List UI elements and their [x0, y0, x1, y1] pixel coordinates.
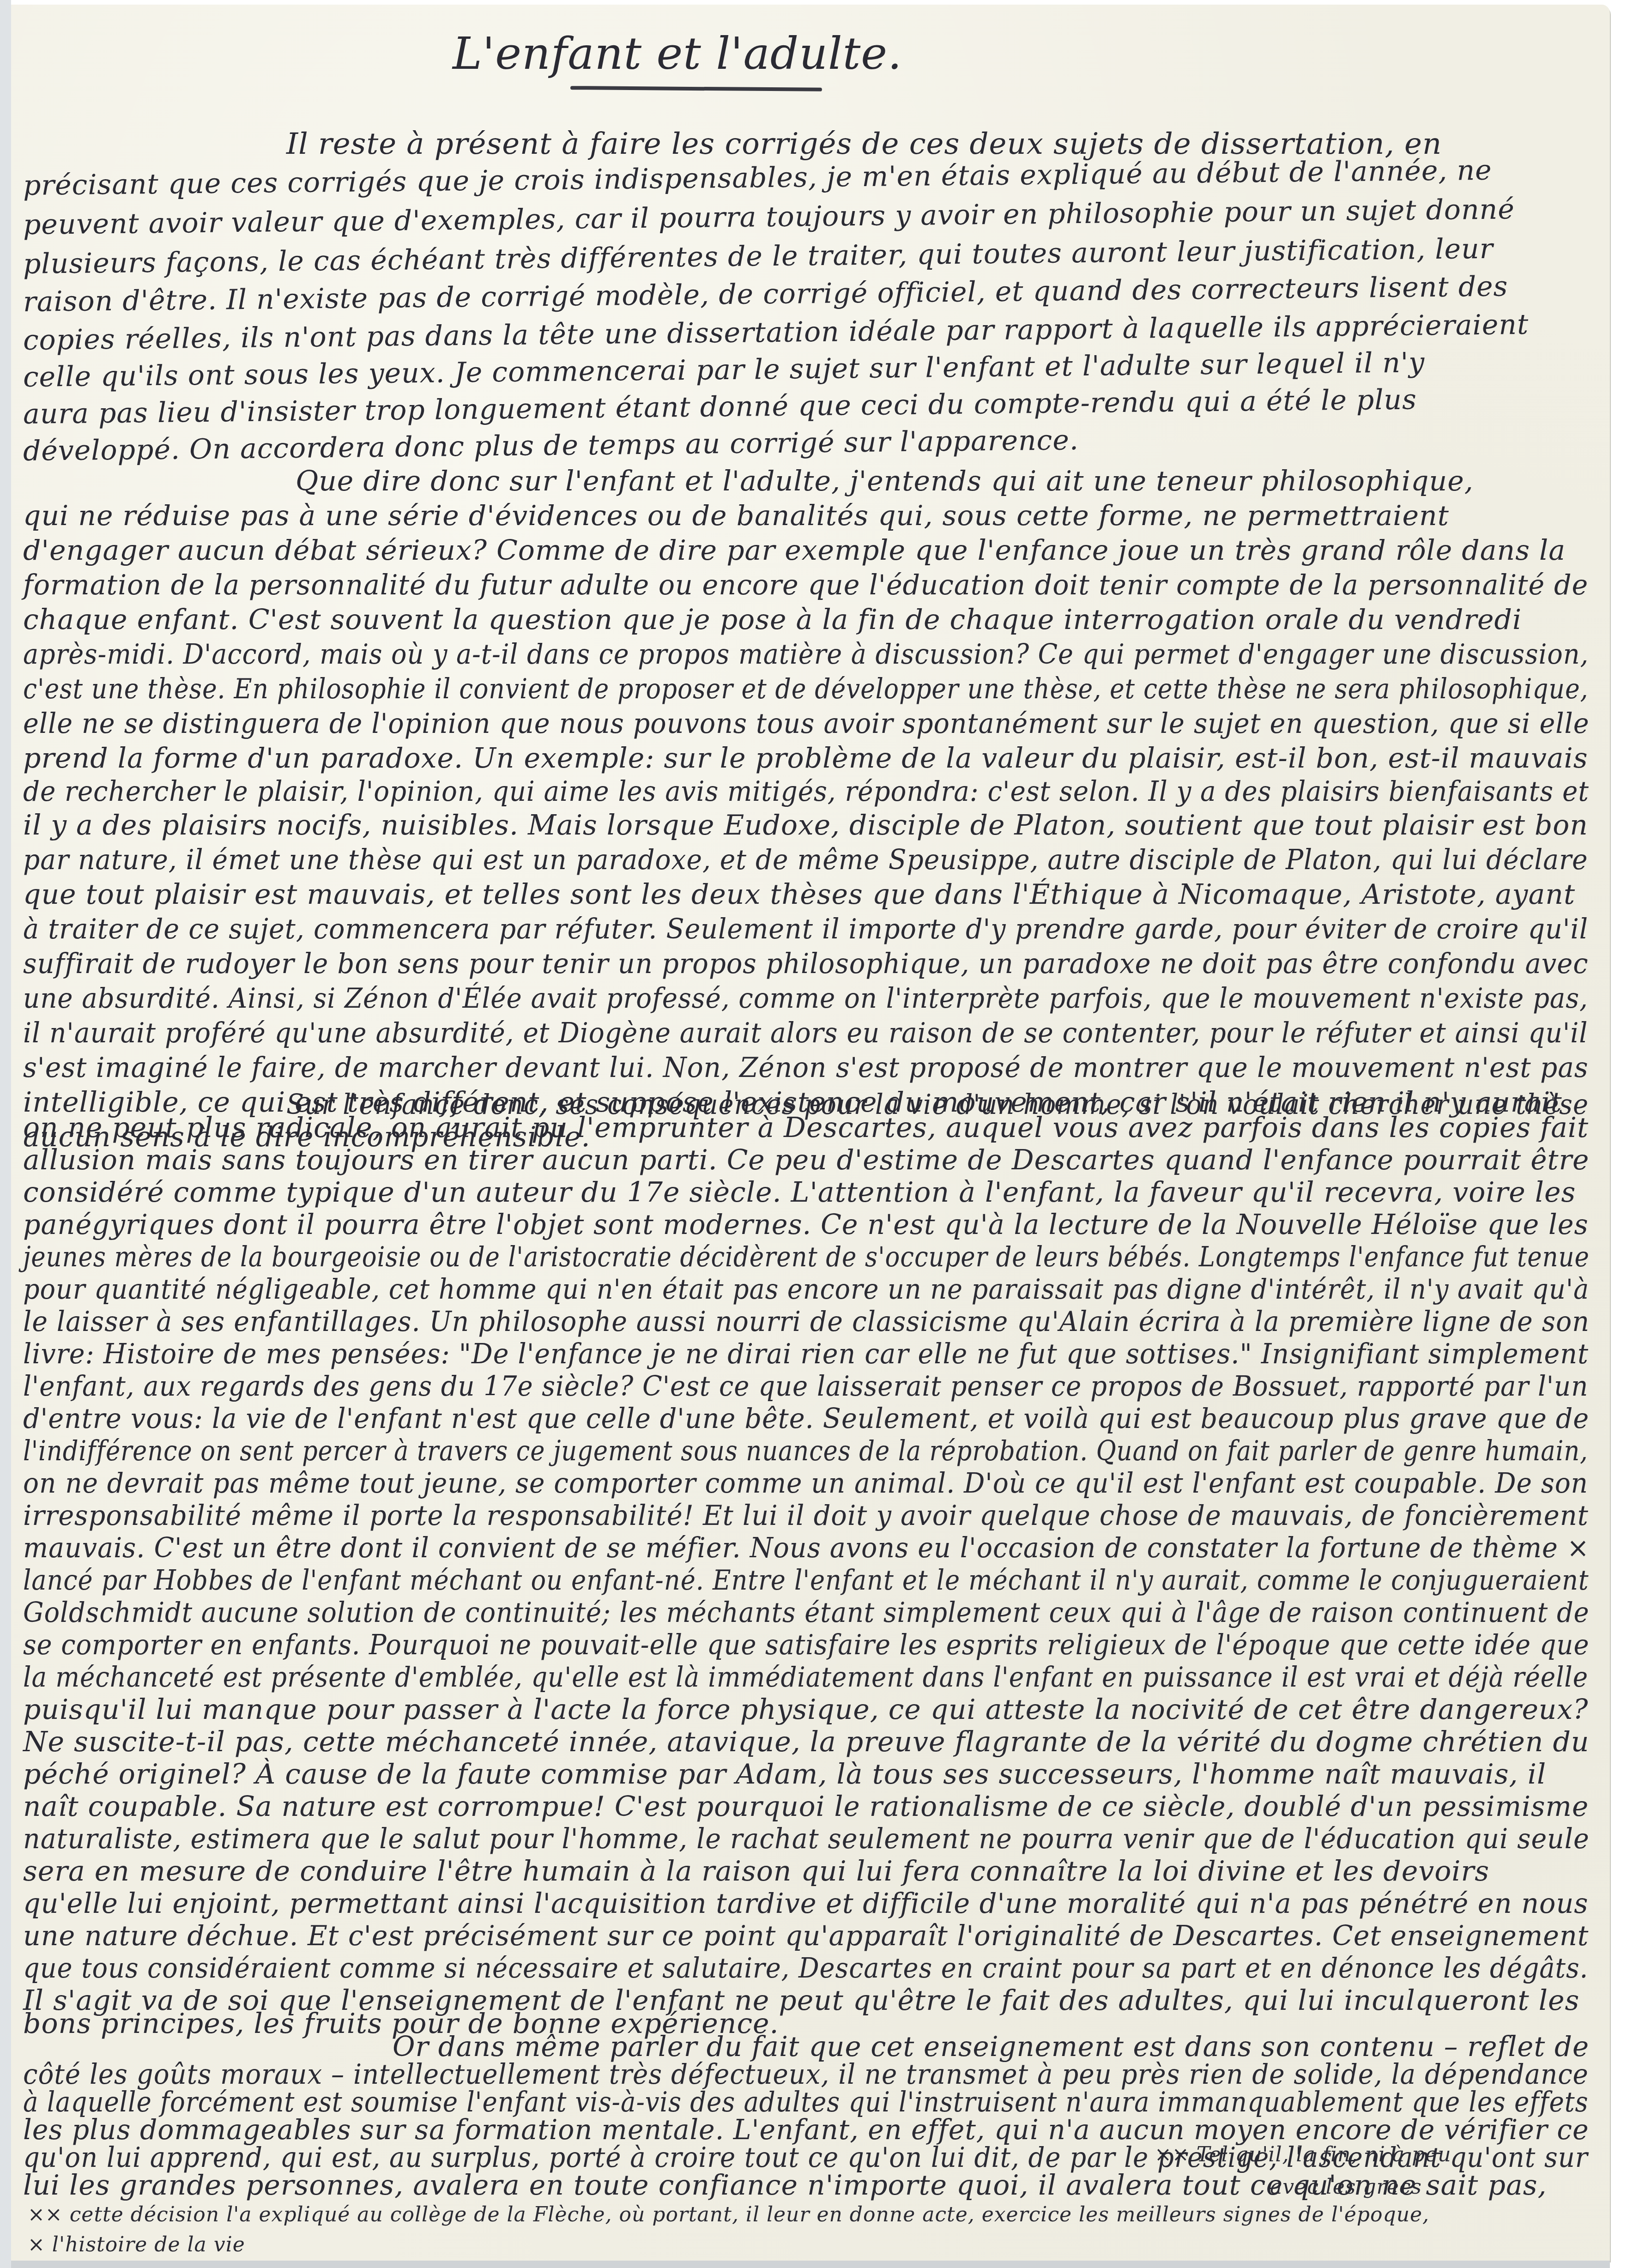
text-line: il y a des plaisirs nocifs, nuisibles. M… [23, 806, 1588, 845]
text-line: chaque enfant. C'est souvent la question… [23, 600, 1522, 639]
text-line: qui ne réduise pas à une série d'évidenc… [23, 496, 1449, 535]
text-line: de rechercher le plaisir, l'opinion, qui… [23, 772, 1589, 811]
scanner-edge [0, 0, 11, 2268]
text-line: Que dire donc sur l'enfant et l'adulte, … [296, 462, 1474, 501]
text-line: à traiter de ce sujet, commencera par ré… [23, 910, 1588, 949]
text-line: elle ne se distinguera de l'opinion que … [23, 704, 1589, 743]
text-line: après-midi. D'accord, mais où y a-t-il d… [23, 635, 1589, 674]
footnote-line: ×× cette décision l'a expliqué au collèg… [28, 2203, 1429, 2226]
text-line: par nature, il émet une thèse qui est un… [23, 841, 1588, 879]
footnote-line: ×× Tel qu'il, la fin, ni à peu [1155, 2143, 1451, 2166]
text-line: formation de la personnalité du futur ad… [23, 566, 1588, 605]
text-line: s'est imaginé le faire, de marcher devan… [23, 1048, 1589, 1087]
scanner-edge-bottom [11, 2261, 1610, 2268]
footnote-line: × l'histoire de la vie [28, 2233, 245, 2256]
page-title: L'enfant et l'adulte. [453, 28, 902, 79]
text-line: il n'aurait proféré qu'une absurdité, et… [23, 1014, 1588, 1052]
text-line: suffirait de rudoyer le bon sens pour te… [23, 944, 1589, 983]
text-line: d'engager aucun débat sérieux? Comme de … [23, 531, 1566, 570]
text-line: une absurdité. Ainsi, si Zénon d'Élée av… [23, 979, 1588, 1018]
text-line: c'est une thèse. En philosophie il convi… [23, 670, 1588, 708]
footnote-line: avec les grecs [1270, 2175, 1422, 2199]
text-line: que tout plaisir est mauvais, et telles … [23, 875, 1575, 914]
